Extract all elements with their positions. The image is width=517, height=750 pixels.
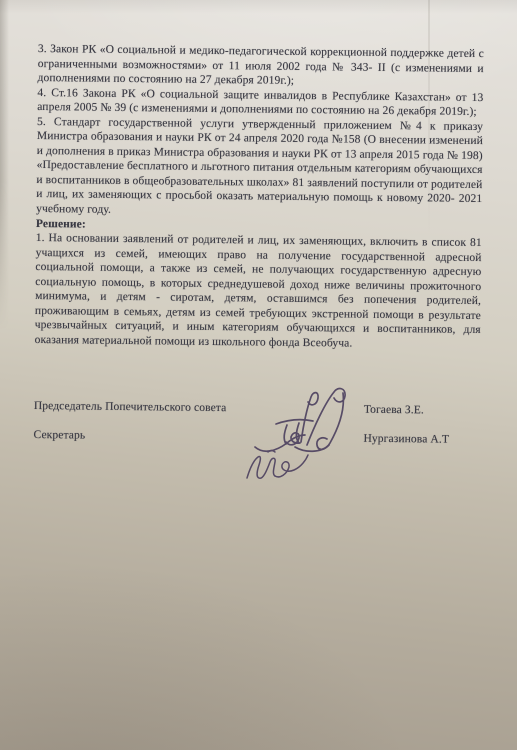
paragraph-decision-item-1: 1. На основании заявлений от родителей и… bbox=[35, 231, 482, 352]
handwritten-signature bbox=[237, 383, 355, 488]
paragraph-law-item-3: 3. Закон РК «О социальной и медико-педаг… bbox=[38, 42, 484, 91]
secretary-name: Нургазинова А.Т bbox=[363, 432, 479, 448]
paragraph-law-item-5: 5. Стандарт государственной услуги утвер… bbox=[36, 115, 483, 222]
photographed-document-page: 3. Закон РК «О социальной и медико-педаг… bbox=[0, 0, 517, 750]
chairman-name: Тогаева З.Е. bbox=[364, 403, 480, 419]
paragraph-law-item-4: 4. Ст.16 Закона РК «О социальной защите … bbox=[37, 86, 483, 120]
paper-edge-shadow bbox=[0, 0, 9, 330]
paper-top-shadow bbox=[0, 0, 517, 14]
